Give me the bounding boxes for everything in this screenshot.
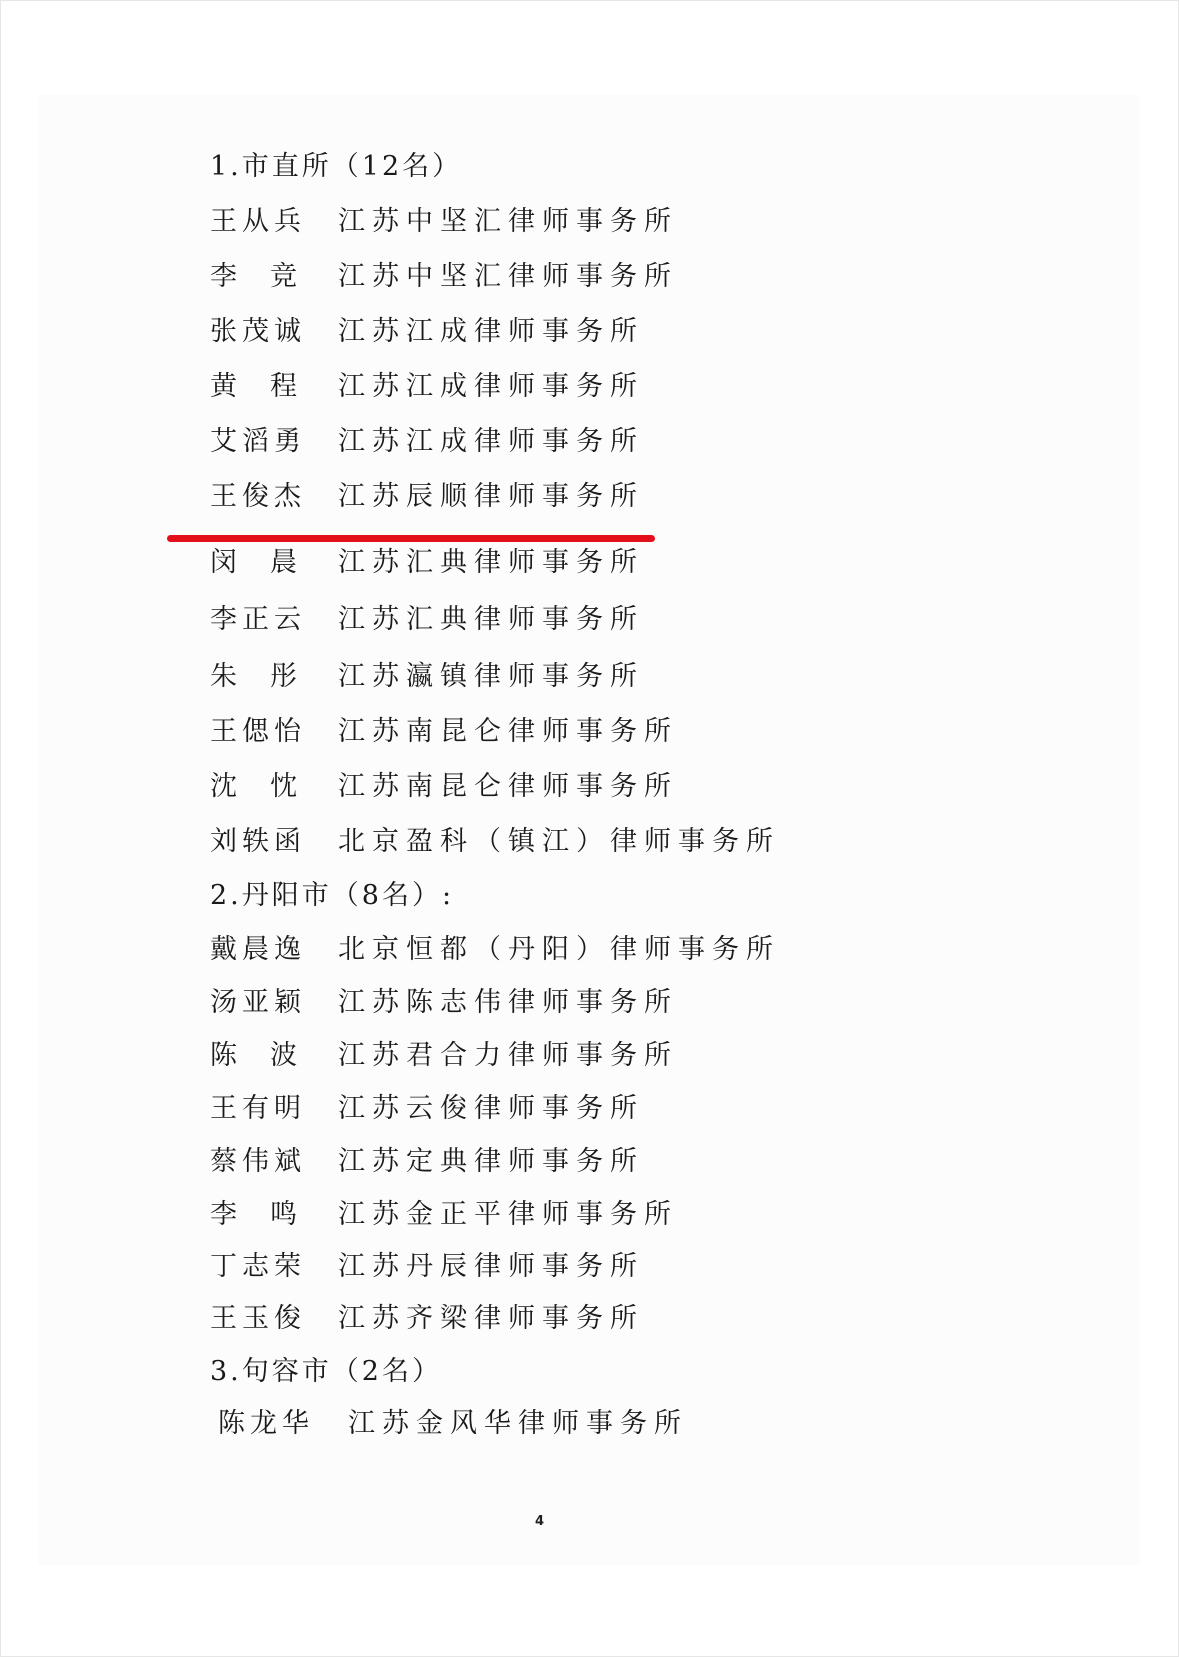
law-firm: 江苏汇典律师事务所: [338, 602, 644, 638]
list-item: 丁志荣江苏丹辰律师事务所: [210, 1249, 644, 1285]
list-item: 李鸣江苏金正平律师事务所: [210, 1197, 678, 1233]
law-firm: 北京恒都（丹阳）律师事务所: [338, 932, 780, 968]
lawyer-name: 王偲怡: [210, 714, 338, 750]
document-body: 1.市直所（12名） 王从兵江苏中坚汇律师事务所 李竞江苏中坚汇律师事务所 张茂…: [0, 0, 1179, 1657]
list-item: 李正云江苏汇典律师事务所: [210, 602, 644, 638]
list-item: 王从兵江苏中坚汇律师事务所: [210, 204, 678, 240]
law-firm: 江苏丹辰律师事务所: [338, 1249, 644, 1285]
list-item: 张茂诚江苏江成律师事务所: [210, 314, 644, 350]
list-item: 王有明江苏云俊律师事务所: [210, 1091, 644, 1127]
law-firm: 江苏汇典律师事务所: [338, 545, 644, 581]
lawyer-name: 闵晨: [210, 545, 338, 581]
law-firm: 江苏金正平律师事务所: [338, 1197, 678, 1233]
lawyer-name: 艾滔勇: [210, 424, 338, 460]
law-firm: 江苏南昆仑律师事务所: [338, 714, 678, 750]
law-firm: 江苏江成律师事务所: [338, 369, 644, 405]
list-item: 李竞江苏中坚汇律师事务所: [210, 259, 678, 295]
law-firm: 江苏江成律师事务所: [338, 314, 644, 350]
list-item: 沈忱江苏南昆仑律师事务所: [210, 769, 678, 805]
law-firm: 江苏南昆仑律师事务所: [338, 769, 678, 805]
law-firm: 北京盈科（镇江）律师事务所: [338, 824, 780, 860]
law-firm: 江苏金风华律师事务所: [348, 1406, 688, 1442]
list-item: 艾滔勇江苏江成律师事务所: [210, 424, 644, 460]
list-item: 陈波江苏君合力律师事务所: [210, 1038, 678, 1074]
list-item: 闵晨江苏汇典律师事务所: [210, 545, 644, 581]
list-item: 王偲怡江苏南昆仑律师事务所: [210, 714, 678, 750]
law-firm: 江苏陈志伟律师事务所: [338, 985, 678, 1021]
section-heading-2: 2.丹阳市（8名）:: [210, 878, 454, 914]
lawyer-name: 刘轶函: [210, 824, 338, 860]
lawyer-name: 张茂诚: [210, 314, 338, 350]
list-item: 汤亚颖江苏陈志伟律师事务所: [210, 985, 678, 1021]
lawyer-name: 陈龙华: [218, 1406, 348, 1442]
list-item: 蔡伟斌江苏定典律师事务所: [210, 1144, 644, 1180]
list-item: 刘轶函北京盈科（镇江）律师事务所: [210, 824, 780, 860]
list-item: 黄程江苏江成律师事务所: [210, 369, 644, 405]
red-highlight-underline: [167, 535, 655, 542]
section-heading-1: 1.市直所（12名）: [210, 149, 462, 185]
law-firm: 江苏江成律师事务所: [338, 424, 644, 460]
law-firm: 江苏定典律师事务所: [338, 1144, 644, 1180]
law-firm: 江苏中坚汇律师事务所: [338, 259, 678, 295]
list-item: 戴晨逸北京恒都（丹阳）律师事务所: [210, 932, 780, 968]
lawyer-name: 李鸣: [210, 1197, 338, 1233]
lawyer-name: 黄程: [210, 369, 338, 405]
list-item: 王玉俊江苏齐梁律师事务所: [210, 1301, 644, 1337]
lawyer-name: 李正云: [210, 602, 338, 638]
lawyer-name: 王有明: [210, 1091, 338, 1127]
list-item: 陈龙华江苏金风华律师事务所: [218, 1406, 688, 1442]
law-firm: 江苏辰顺律师事务所: [338, 479, 644, 515]
list-item: 朱彤江苏瀛镇律师事务所: [210, 659, 644, 695]
law-firm: 江苏云俊律师事务所: [338, 1091, 644, 1127]
lawyer-name: 汤亚颖: [210, 985, 338, 1021]
lawyer-name: 王俊杰: [210, 479, 338, 515]
law-firm: 江苏君合力律师事务所: [338, 1038, 678, 1074]
section-heading-3: 3.句容市（2名）: [210, 1354, 442, 1390]
lawyer-name: 戴晨逸: [210, 932, 338, 968]
list-item-highlighted: 王俊杰江苏辰顺律师事务所: [210, 479, 644, 515]
lawyer-name: 朱彤: [210, 659, 338, 695]
lawyer-name: 沈忱: [210, 769, 338, 805]
lawyer-name: 王玉俊: [210, 1301, 338, 1337]
lawyer-name: 陈波: [210, 1038, 338, 1074]
lawyer-name: 丁志荣: [210, 1249, 338, 1285]
law-firm: 江苏中坚汇律师事务所: [338, 204, 678, 240]
page-number: 4: [535, 1514, 544, 1529]
lawyer-name: 王从兵: [210, 204, 338, 240]
lawyer-name: 蔡伟斌: [210, 1144, 338, 1180]
law-firm: 江苏瀛镇律师事务所: [338, 659, 644, 695]
law-firm: 江苏齐梁律师事务所: [338, 1301, 644, 1337]
lawyer-name: 李竞: [210, 259, 338, 295]
